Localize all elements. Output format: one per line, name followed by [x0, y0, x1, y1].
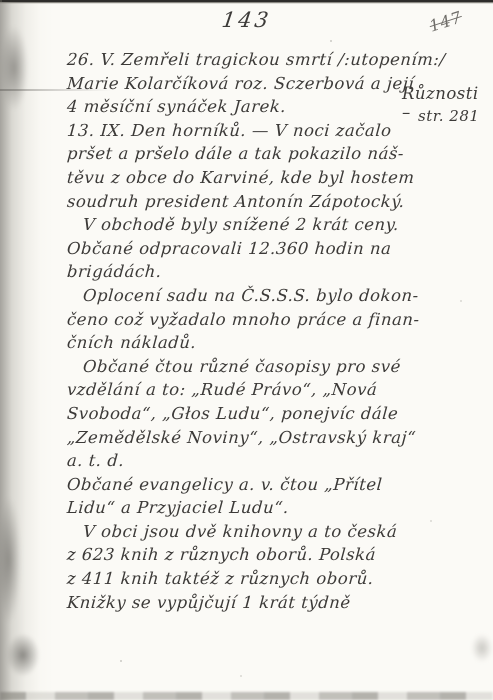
- manuscript-line: pršet a pršelo dále a tak pokazilo náš-: [66, 144, 468, 168]
- manuscript-line: 13. IX. Den horníků. — V noci začalo: [66, 121, 468, 145]
- manuscript-line: z 623 knih z různych oborů. Polská: [66, 545, 468, 569]
- manuscript-line: Občané odpracovali 12.360 hodin na: [66, 239, 468, 263]
- manuscript-line: těvu z obce do Karviné, kde byl hostem: [66, 168, 468, 192]
- paper-speckles: [0, 0, 2, 2]
- manuscript-page: 143 147 Různosti – str. 281 26. V. Zemře…: [0, 0, 493, 700]
- manuscript-line: 4 měsíční synáček Jarek.: [66, 97, 468, 121]
- manuscript-line: vzdělání a to: „Rudé Právo“, „Nová: [66, 380, 468, 404]
- manuscript-line: V obci jsou dvě knihovny a to česká: [66, 522, 468, 546]
- scan-blotch: [0, 470, 26, 650]
- scan-bottom-edge: [0, 692, 493, 700]
- manuscript-line: Oplocení sadu na Č.S.S.S. bylo dokon-: [66, 286, 468, 310]
- manuscript-line: z 411 knih taktéž z různych oborů.: [66, 569, 468, 593]
- scan-smudge: [467, 628, 493, 668]
- manuscript-line: 26. V. Zemřeli tragickou smrtí /:utopení…: [66, 50, 468, 74]
- manuscript-line: Svoboda“, „Głos Ludu“, ponejvíc dále: [66, 404, 468, 428]
- manuscript-line: Občané čtou různé časopisy pro své: [66, 357, 468, 381]
- manuscript-line: V obchodě byly snížené 2 krát ceny.: [66, 215, 468, 239]
- manuscript-line: „Zemědělské Noviny“, „Ostravský kraj“: [66, 428, 468, 452]
- corner-page-number-crossed-out: 147: [427, 7, 465, 35]
- scan-blotch: [0, 8, 34, 128]
- manuscript-line: čeno což vyžadalo mnoho práce a finan-: [66, 310, 468, 334]
- manuscript-line: Marie Kolarčíková roz. Sczerbová a její: [66, 74, 468, 98]
- manuscript-line: soudruh president Antonín Zápotocký.: [66, 192, 468, 216]
- scan-top-edge: [0, 0, 493, 4]
- manuscript-line: Občané evangelicy a. v. čtou „Přítel: [66, 475, 468, 499]
- scan-blotch: [0, 625, 46, 685]
- manuscript-line: Knižky se vypůjčují 1 krát týdně: [66, 593, 468, 617]
- manuscript-line: Lidu“ a Przyjaciel Ludu“.: [66, 498, 468, 522]
- manuscript-line: čních nákladů.: [66, 333, 468, 357]
- manuscript-line: brigádách.: [66, 262, 468, 286]
- page-number: 143: [220, 8, 272, 32]
- manuscript-line: a. t. d.: [66, 451, 468, 475]
- handwritten-body: 26. V. Zemřeli tragickou smrtí /:utopení…: [66, 50, 466, 616]
